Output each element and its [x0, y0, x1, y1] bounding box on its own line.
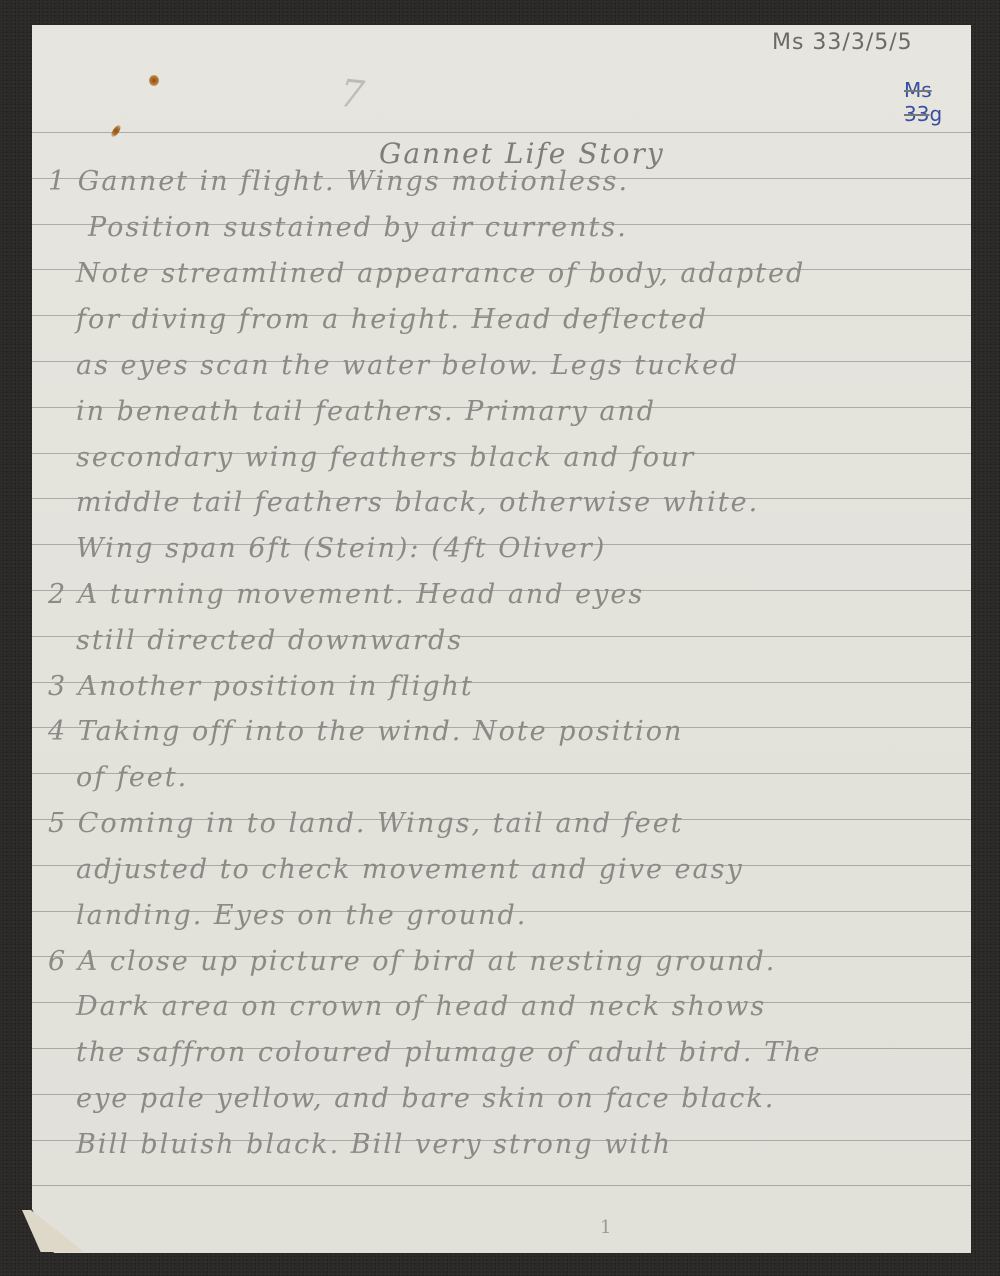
handwritten-line: adjusted to check movement and give easy: [76, 854, 744, 885]
handwritten-line: for diving from a height. Head deflected: [76, 304, 708, 335]
handwritten-line: 5 Coming in to land. Wings, tail and fee…: [48, 808, 684, 839]
handwritten-line: as eyes scan the water below. Legs tucke…: [76, 350, 739, 381]
stain-mark: [149, 75, 159, 86]
old-shelfmark-suffix: g: [929, 102, 942, 126]
handwritten-line: Wing span 6ft (Stein): (4ft Oliver): [76, 533, 606, 564]
handwritten-line: Position sustained by air currents.: [88, 212, 628, 243]
handwritten-line: Bill bluish black. Bill very strong with: [76, 1129, 672, 1160]
handwritten-line: of feet.: [76, 762, 188, 793]
shelfmark-label: Ms 33/3/5/5: [772, 30, 913, 55]
handwritten-line: 2 A turning movement. Head and eyes: [48, 579, 644, 610]
page-marker: 1: [600, 1217, 611, 1238]
handwritten-line: 1 Gannet in flight. Wings motionless.: [48, 166, 629, 197]
old-shelfmark-label: Ms 33g: [904, 78, 971, 126]
handwritten-line: eye pale yellow, and bare skin on face b…: [76, 1083, 775, 1114]
handwritten-line: in beneath tail feathers. Primary and: [76, 396, 656, 427]
handwritten-line: secondary wing feathers black and four: [76, 442, 695, 473]
ruled-line: [32, 1185, 971, 1186]
handwritten-line: 6 A close up picture of bird at nesting …: [48, 946, 776, 977]
ruled-line: [32, 132, 971, 133]
old-shelfmark-struck: Ms 33: [904, 78, 932, 126]
handwritten-line: middle tail feathers black, otherwise wh…: [76, 487, 759, 518]
handwritten-line: Dark area on crown of head and neck show…: [76, 991, 766, 1022]
handwritten-line: the saffron coloured plumage of adult bi…: [76, 1037, 821, 1068]
manuscript-page: Ms 33/3/5/5 Ms 33g 7 Gannet Life Story 1…: [32, 25, 971, 1253]
stray-pencil-mark: 7: [338, 71, 367, 117]
handwritten-line: still directed downwards: [76, 625, 463, 656]
handwritten-line: 4 Taking off into the wind. Note positio…: [48, 716, 683, 747]
handwritten-line: Note streamlined appearance of body, ada…: [76, 258, 805, 289]
handwritten-line: 3 Another position in flight: [48, 671, 474, 702]
handwritten-line: landing. Eyes on the ground.: [76, 900, 527, 931]
